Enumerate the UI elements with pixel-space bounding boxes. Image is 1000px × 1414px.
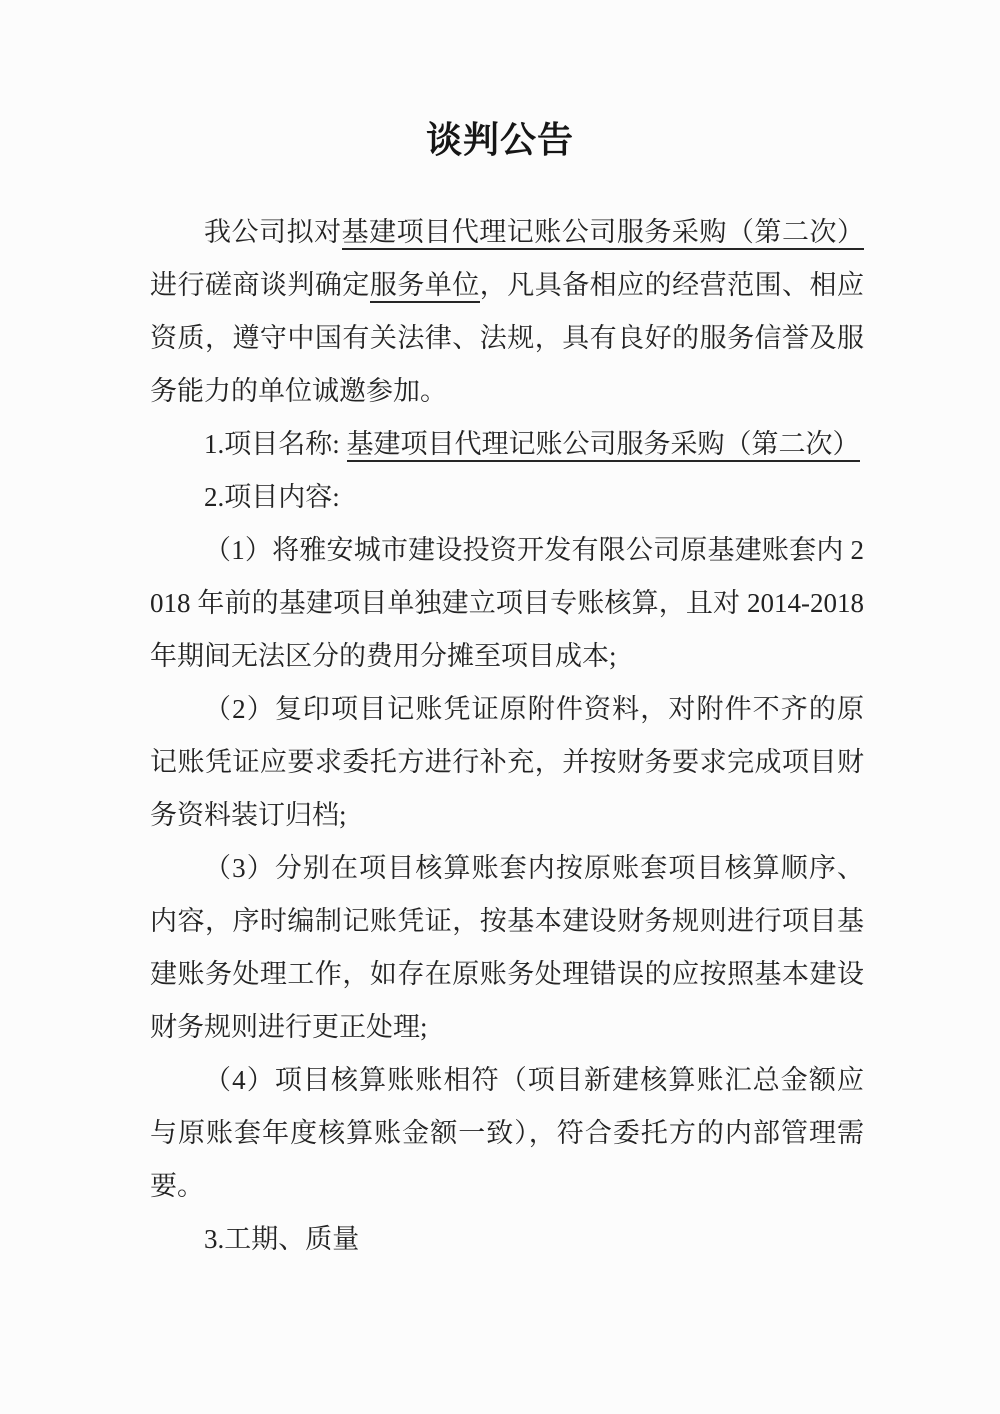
paragraph-item-3: （3）分别在项目核算账套内按原账套项目核算顺序、内容，序时编制记账凭证，按基本建… <box>150 842 864 1054</box>
document-body: 我公司拟对基建项目代理记账公司服务采购（第二次）进行磋商谈判确定服务单位，凡具备… <box>150 206 864 1266</box>
text-segment: （4）项目核算账账相符（项目新建核算账汇总金额应与原账套年度核算账金额一致），符… <box>150 1065 864 1201</box>
paragraph-item-1: （1）将雅安城市建设投资开发有限公司原基建账套内 2018 年前的基建项目单独建… <box>150 524 864 683</box>
paragraph-duration-quality-heading: 3.工期、质量 <box>150 1213 864 1266</box>
underlined-text: 基建项目代理记账公司服务采购（第二次） <box>342 217 864 250</box>
paragraph-project-name: 1.项目名称: 基建项目代理记账公司服务采购（第二次） <box>150 418 864 471</box>
paragraph-item-2: （2）复印项目记账凭证原附件资料，对附件不齐的原记账凭证应要求委托方进行补充，并… <box>150 683 864 842</box>
paragraph-intro: 我公司拟对基建项目代理记账公司服务采购（第二次）进行磋商谈判确定服务单位，凡具备… <box>150 206 864 418</box>
text-segment: （2）复印项目记账凭证原附件资料，对附件不齐的原记账凭证应要求委托方进行补充，并… <box>150 694 864 830</box>
text-segment: （3）分别在项目核算账套内按原账套项目核算顺序、内容，序时编制记账凭证，按基本建… <box>150 853 864 1042</box>
text-segment: 1.项目名称: <box>204 429 347 459</box>
text-segment: 3.工期、质量 <box>204 1224 359 1254</box>
text-segment: 我公司拟对 <box>204 217 342 247</box>
paragraph-project-content-heading: 2.项目内容: <box>150 471 864 524</box>
page-title: 谈判公告 <box>0 0 1000 160</box>
paragraph-item-4: （4）项目核算账账相符（项目新建核算账汇总金额应与原账套年度核算账金额一致），符… <box>150 1054 864 1213</box>
underlined-text: 服务单位 <box>370 270 480 303</box>
text-segment: （1）将雅安城市建设投资开发有限公司原基建账套内 2018 年前的基建项目单独建… <box>150 535 864 671</box>
text-segment: 2.项目内容: <box>204 482 340 512</box>
scanned-document-page: 谈判公告 我公司拟对基建项目代理记账公司服务采购（第二次）进行磋商谈判确定服务单… <box>0 0 1000 1414</box>
underlined-text: 基建项目代理记账公司服务采购（第二次） <box>347 429 860 462</box>
text-segment: 进行磋商谈判确定 <box>150 270 370 300</box>
